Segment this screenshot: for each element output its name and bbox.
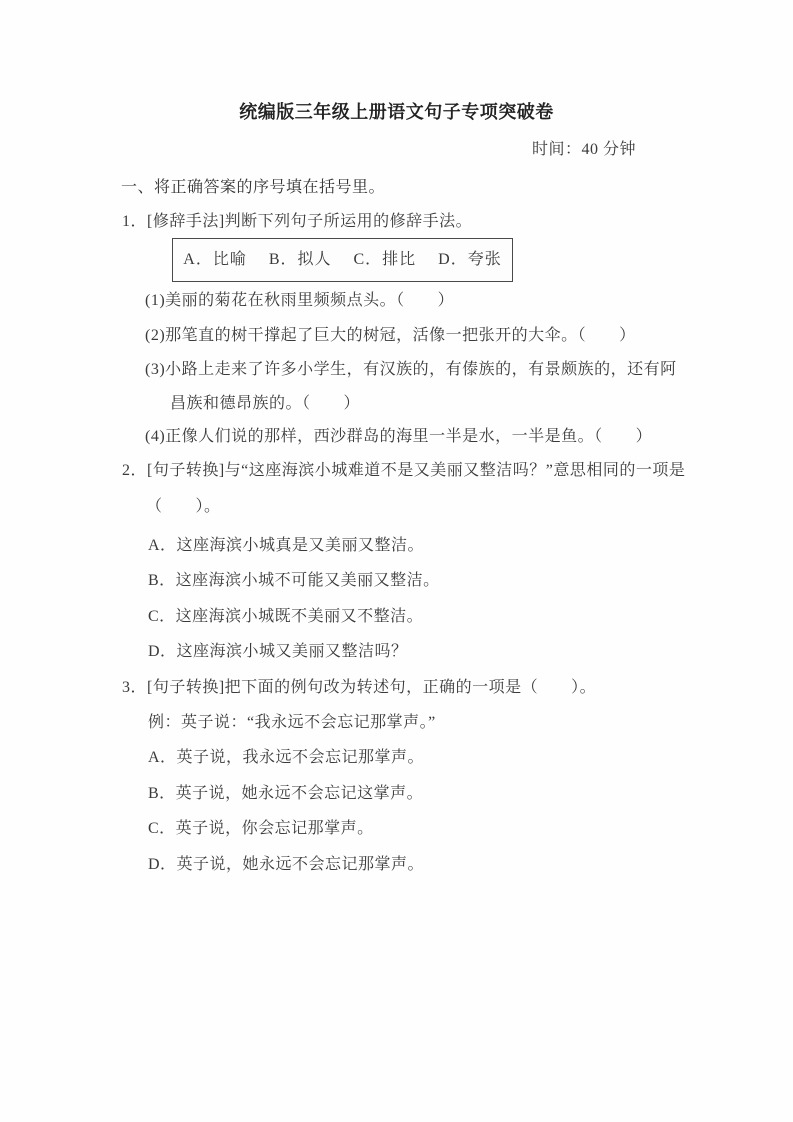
question-3-option-d: D．英子说，她永远不会忘记那掌声。 bbox=[148, 855, 793, 875]
question-3-option-a: A．英子说，我永远不会忘记那掌声。 bbox=[148, 748, 793, 768]
question-3-example: 例：英子说：“我永远不会忘记那掌声。” bbox=[148, 713, 793, 733]
question-2-option-a: A．这座海滨小城真是又美丽又整洁。 bbox=[148, 536, 793, 556]
question-3-option-c: C．英子说，你会忘记那掌声。 bbox=[148, 819, 793, 839]
question-1-sub-item-3: (3)小路上走来了许多小学生，有汉族的，有傣族的，有景颇族的，还有阿 bbox=[145, 360, 793, 380]
question-2-stem: 2．[句子转换]与“这座海滨小城难道不是又美丽又整洁吗？”意思相同的一项是 bbox=[122, 461, 793, 481]
question-1-sub-item-3-continuation: 昌族和德昂族的。（ ） bbox=[170, 394, 793, 414]
question-3-option-b: B．英子说，她永远不会忘记这掌声。 bbox=[148, 784, 793, 804]
question-3-stem: 3．[句子转换]把下面的例句改为转述句，正确的一项是（ ）。 bbox=[122, 678, 793, 698]
question-1-stem: 1．[修辞手法]判断下列句子所运用的修辞手法。 bbox=[122, 212, 793, 232]
time-limit-label: 时间：40 分钟 bbox=[0, 140, 793, 160]
question-1-sub-item-4: (4)正像人们说的那样，西沙群岛的海里一半是水，一半是鱼。（ ） bbox=[145, 427, 793, 447]
question-2-option-d: D．这座海滨小城又美丽又整洁吗？ bbox=[148, 642, 793, 662]
question-2-option-b: B．这座海滨小城不可能又美丽又整洁。 bbox=[148, 571, 793, 591]
section-one-heading: 一、将正确答案的序号填在括号里。 bbox=[121, 178, 793, 198]
page-title: 统编版三年级上册语文句子专项突破卷 bbox=[0, 100, 793, 124]
question-2-answer-blank: （ ）。 bbox=[146, 497, 793, 517]
question-1-sub-item-1: (1)美丽的菊花在秋雨里频频点头。（ ） bbox=[145, 291, 793, 311]
question-1-sub-item-2: (2)那笔直的树干撑起了巨大的树冠，活像一把张开的大伞。（ ） bbox=[145, 326, 793, 346]
worksheet-page: 统编版三年级上册语文句子专项突破卷 时间：40 分钟 一、将正确答案的序号填在括… bbox=[0, 0, 793, 1122]
question-2-option-c: C．这座海滨小城既不美丽又不整洁。 bbox=[148, 607, 793, 627]
question-1-choice-box: A．比喻 B．拟人 C．排比 D．夸张 bbox=[172, 238, 513, 282]
